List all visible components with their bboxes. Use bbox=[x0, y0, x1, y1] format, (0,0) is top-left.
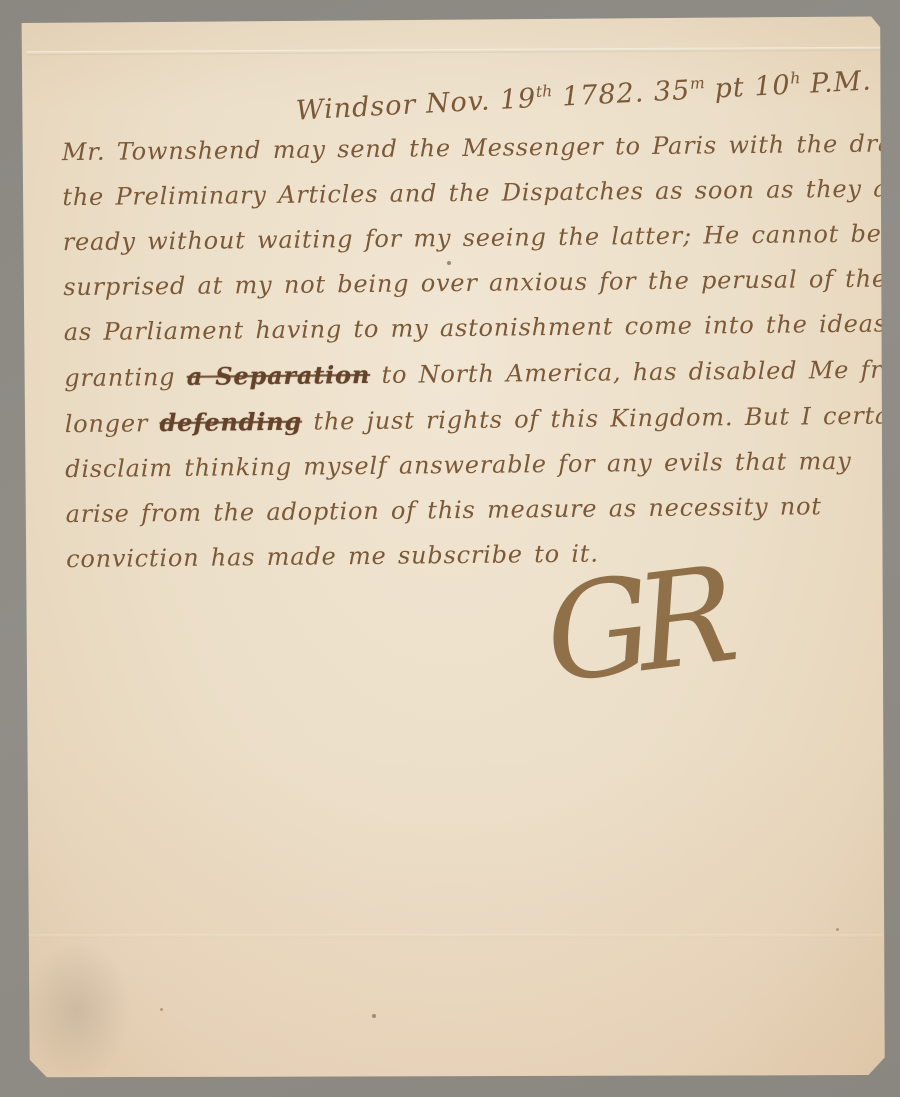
royal-cypher-signature: GR bbox=[539, 550, 731, 703]
letter-paper: Windsor Nov. 19th 1782. 35m pt 10h P.M. … bbox=[0, 0, 900, 1097]
overwritten-word: defending bbox=[159, 407, 302, 437]
dateline-text: P.M. bbox=[800, 65, 873, 100]
dateline-text: pt 10 bbox=[704, 70, 791, 105]
line-text: disclaim thinking myself answerable for … bbox=[65, 447, 852, 483]
line-text: surprised at my not being over anxious f… bbox=[63, 264, 900, 301]
line-text: the just rights of this Kingdom. But I c… bbox=[302, 401, 900, 436]
letter-body: Mr. Townshend may send the Messenger to … bbox=[62, 122, 863, 582]
letter-line: granting a Separation to North America, … bbox=[64, 347, 860, 401]
dateline-superscript-minutes: m bbox=[689, 73, 705, 93]
line-text: as Parliament having to my astonishment … bbox=[64, 309, 900, 346]
letter-line: arise from the adoption of this measure … bbox=[65, 484, 861, 537]
overwritten-word: a Separation bbox=[187, 360, 371, 391]
line-text: ready without waiting for my seeing the … bbox=[63, 220, 882, 257]
line-text: conviction has made me subscribe to it. bbox=[66, 540, 599, 574]
letter-line: longer defending the just rights of this… bbox=[64, 393, 860, 447]
line-text: longer bbox=[65, 409, 160, 438]
foxing-spot bbox=[836, 928, 839, 931]
paper-fold-crease-bottom bbox=[27, 934, 882, 938]
letter-line: conviction has made me subscribe to it. bbox=[66, 529, 862, 582]
line-text: to North America, has disabled Me from bbox=[370, 355, 900, 389]
foxing-spot bbox=[160, 1008, 163, 1011]
paper-stain bbox=[22, 940, 132, 1080]
line-text: Mr. Townshend may send the Messenger to … bbox=[62, 129, 900, 166]
photo-background: Windsor Nov. 19th 1782. 35m pt 10h P.M. … bbox=[0, 0, 900, 1097]
dateline-text: 1782. 35 bbox=[552, 75, 691, 113]
dateline-superscript-day: th bbox=[535, 81, 552, 101]
dateline-text: Windsor Nov. 19 bbox=[295, 83, 537, 127]
foxing-spot bbox=[372, 1014, 376, 1018]
line-text: the Preliminary Articles and the Dispatc… bbox=[62, 174, 900, 211]
line-text: granting bbox=[64, 363, 187, 392]
line-text: arise from the adoption of this measure … bbox=[66, 492, 822, 528]
